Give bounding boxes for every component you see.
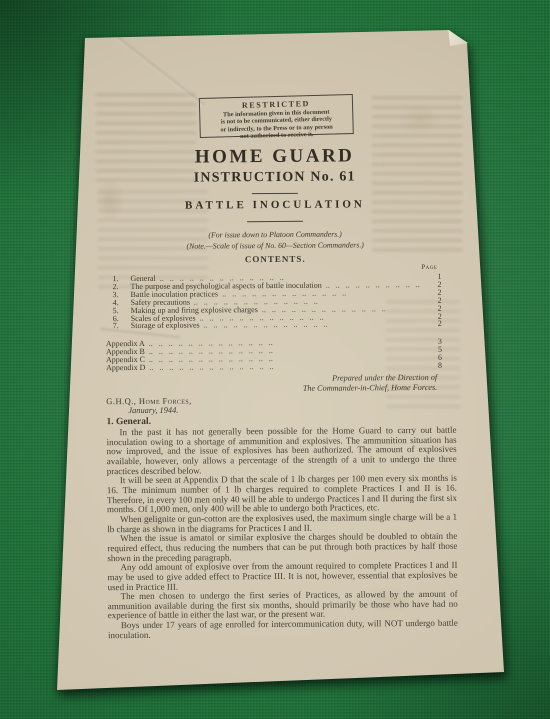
instruction-number: INSTRUCTION No. 61 (84, 169, 466, 188)
subject-title: BATTLE INOCULATION (84, 198, 466, 213)
page-column-label: Page (421, 264, 437, 271)
photo-scene: RESTRICTED The information given in this… (0, 0, 550, 719)
divider-rule (247, 221, 303, 223)
toc-label: Storage of explosives (131, 322, 200, 330)
paragraph: In the past it has not generally been po… (106, 426, 456, 477)
date-line: January, 1944. (128, 406, 178, 415)
paragraph: Any odd amount of explosive over from th… (107, 561, 457, 592)
divider-rule (252, 193, 298, 195)
table-of-contents: 1. General 1 2. The purpose and psycholo… (105, 273, 441, 331)
contents-heading: CONTENTS. (84, 253, 466, 266)
page-content: RESTRICTED The information given in this… (82, 0, 469, 719)
appendix-label: Appendix D (106, 364, 145, 372)
restricted-stamp: RESTRICTED The information given in this… (199, 94, 354, 138)
toc-number: 7. (106, 323, 119, 331)
dot-leader (149, 362, 425, 372)
dot-leader (204, 320, 425, 329)
paragraph: The men chosen to undergo the first seri… (108, 590, 458, 621)
document-title: HOME GUARD (84, 145, 466, 170)
section-heading: 1. General. (106, 417, 151, 427)
appendix-row: Appendix D 8 (106, 362, 442, 372)
document-page: RESTRICTED The information given in this… (0, 0, 550, 719)
toc-page: 2 (429, 320, 442, 328)
restricted-stamp-text: The information given in this document i… (200, 107, 353, 142)
org-line: G.H.Q., Home Forces, (106, 396, 191, 407)
body-text: In the past it has not generally been po… (106, 426, 457, 641)
paragraph: It will be seen at Appendix D that the s… (107, 474, 457, 515)
commander-in-chief-line: The Commander-in-Chief, Home Forces. (106, 383, 437, 394)
appendix-page: 8 (429, 362, 442, 370)
scale-note: (Note.—Scale of issue of No. 60—Section … (84, 240, 466, 252)
paper-shadow: RESTRICTED The information given in this… (0, 0, 550, 719)
paragraph: When the issue is amatol or similar expl… (107, 532, 457, 563)
toc-row: 7. Storage of explosives 2 (106, 320, 442, 330)
paragraph: Boys under 17 years of age enrolled for … (108, 619, 458, 641)
issue-note: (For issue down to Platoon Commanders.) (84, 229, 466, 241)
appendix-list: Appendix A 3 Appendix B 5 Appendix C 6 (106, 338, 442, 372)
